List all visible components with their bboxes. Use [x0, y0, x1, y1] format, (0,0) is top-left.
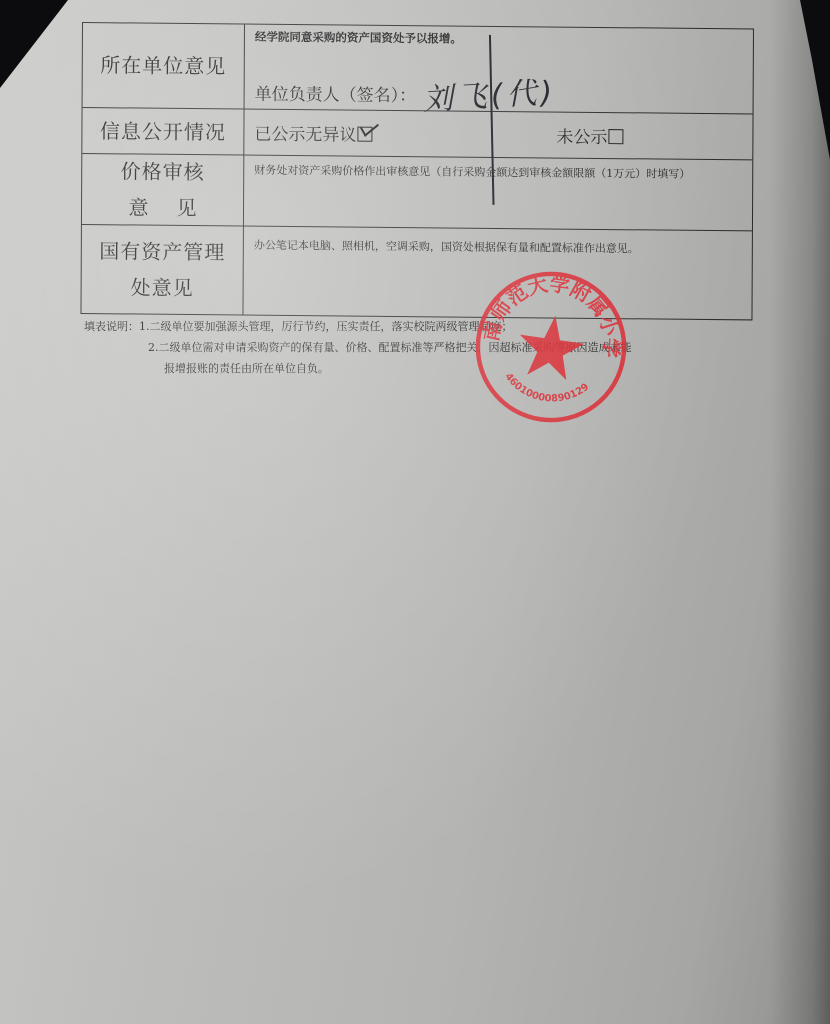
instruction-1: 填表说明：1.二级单位要加强源头管理，厉行节约，压实责任，落实校院两级管理制度； [84, 316, 724, 337]
label-disclosure: 信息公开情况 [82, 108, 244, 155]
label-asset-office-line1: 国有资产管理 [99, 233, 225, 270]
label-price-review-line2: 意见 [128, 189, 224, 226]
option-published-no-objection[interactable]: 已公示无异议 [254, 120, 372, 146]
cell-unit-opinion: 经学院同意采购的资产国资处予以报增。 单位负责人（签名）： 刘飞(代) [245, 25, 753, 114]
label-price-review-line1: 价格审核 [121, 153, 205, 190]
red-star-icon [514, 311, 587, 382]
pen-stroke-mark [489, 35, 495, 205]
svg-text:4601000089012​9: 4601000089012​9 [500, 370, 593, 410]
row-price-review: 价格审核 意见 财务处对资产采购价格作出审核意见（自行采购金额达到审核金额限额（… [82, 154, 752, 231]
option-not-published-label: 未公示 [556, 128, 607, 148]
option-not-published[interactable]: 未公示 [556, 123, 623, 149]
label-asset-office-line2: 处意见 [131, 269, 194, 306]
handwritten-signature: 刘飞(代) [421, 67, 557, 119]
cell-price-review: 财务处对资产采购价格作出审核意见（自行采购金额达到审核金额限额（1万元）时填写） [244, 156, 752, 231]
checkbox-checked-icon[interactable] [357, 127, 372, 142]
filling-instructions: 填表说明：1.二级单位要加强源头管理，厉行节约，压实责任，落实校院两级管理制度；… [84, 316, 724, 379]
label-price-review: 价格审核 意见 [82, 154, 244, 226]
cell-asset-office: 办公笔记本电脑、照相机，空调采购，国资处根据保有量和配置标准作出意见。 [243, 227, 751, 320]
asset-office-text: 办公笔记本电脑、照相机，空调采购，国资处根据保有量和配置标准作出意见。 [254, 237, 639, 257]
label-unit-opinion: 所在单位意见 [83, 23, 245, 109]
row-unit-opinion: 所在单位意见 经学院同意采购的资产国资处予以报增。 单位负责人（签名）： 刘飞(… [83, 23, 753, 114]
option-published-label: 已公示无异议 [254, 125, 356, 146]
official-seal-stamp: 南师范大学附属小学 4601000089012​9 [462, 258, 640, 436]
label-asset-office: 国有资产管理 处意见 [81, 225, 243, 315]
paper-edge-shadow [770, 0, 830, 1024]
approval-form-table: 所在单位意见 经学院同意采购的资产国资处予以报增。 单位负责人（签名）： 刘飞(… [80, 22, 754, 320]
price-review-text: 财务处对资产采购价格作出审核意见（自行采购金额达到审核金额限额（1万元）时填写） [254, 162, 690, 182]
row-asset-office-opinion: 国有资产管理 处意见 办公笔记本电脑、照相机，空调采购，国资处根据保有量和配置标… [81, 225, 751, 319]
unit-opinion-note: 经学院同意采购的资产国资处予以报增。 [255, 29, 462, 47]
svg-text:南师范大学附属小学: 南师范大学附属小学 [478, 263, 633, 361]
cell-disclosure: 已公示无异议 未公示 [244, 110, 752, 160]
signer-label: 单位负责人（签名）： [255, 80, 417, 107]
instruction-2: 2.二级单位需对申请采购资产的保有量、价格、配置标准等严格把关，因超标准采购等原… [84, 337, 724, 358]
instruction-2-cont: 报增报账的责任由所在单位自负。 [84, 358, 724, 379]
document-paper: 所在单位意见 经学院同意采购的资产国资处予以报增。 单位负责人（签名）： 刘飞(… [0, 0, 830, 1024]
row-disclosure: 信息公开情况 已公示无异议 未公示 [82, 108, 752, 160]
checkbox-empty-icon[interactable] [608, 129, 623, 144]
